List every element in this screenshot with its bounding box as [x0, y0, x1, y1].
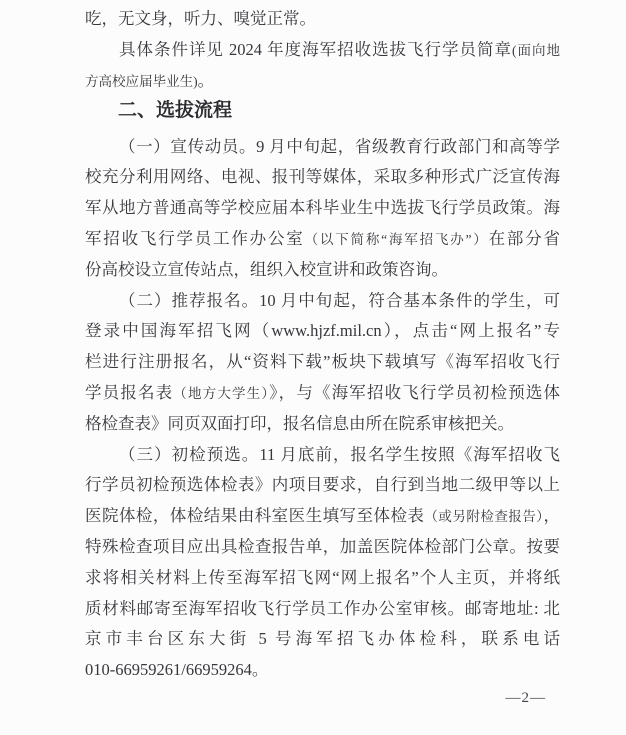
text-run: 吃，无文身，听力、嗅觉正常。	[85, 9, 316, 28]
text-run: 栏进行注册报名，从“资料下载”板块下载填写《海军招收飞行	[85, 352, 560, 371]
text-run: 》，与《海军招收飞行学员初检预选体	[269, 383, 560, 402]
text-run: 二、选拔流程	[118, 100, 232, 121]
text-line: 求将相关材料上传至海军招飞网“网上报名”个人主页，并将纸	[85, 563, 560, 594]
text-run: 质材料邮寄至海军招收飞行学员工作办公室审核。邮寄地址: 北	[85, 599, 560, 618]
section-heading: 二、选拔流程	[85, 96, 560, 127]
text-line: （二）推荐报名。10 月中旬起，符合基本条件的学生，可	[85, 286, 560, 317]
text-run: 010-66959261/66959264。	[85, 660, 268, 679]
text-run: 军从地方普通高等学校应届本科毕业生中选拔飞行学员政策。海	[85, 198, 560, 217]
text-line: 质材料邮寄至海军招收飞行学员工作办公室审核。邮寄地址: 北	[85, 594, 560, 625]
text-run-small: （地方大学生）	[173, 386, 269, 401]
document-body: 吃，无文身，听力、嗅觉正常。具体条件详见 2024 年度海军招收选拔飞行学员简章…	[85, 4, 560, 686]
text-run: 登录中国海军招飞网（www.hjzf.mil.cn），点击“网上报名”专	[85, 321, 560, 340]
text-run: 格检查表》同页双面打印，报名信息由所在院系审核把关。	[85, 414, 514, 433]
page-number: —2—	[506, 690, 547, 707]
text-line: 京市丰台区东大街 5 号海军招飞办体检科，联系电话	[85, 624, 560, 655]
text-run: 行学员初检预选体检表》内项目要求，自行到当地二级甲等以上	[85, 475, 560, 494]
text-line: 010-66959261/66959264。	[85, 655, 560, 686]
text-run: （三）初检预选。11 月底前，报名学生按照《海军招收飞	[119, 445, 560, 464]
text-run: 具体条件详见 2024 年度海军招收选拔飞行学员简章	[119, 40, 512, 59]
text-run-small: 方高校应届毕业生)	[85, 74, 198, 89]
text-run: 特殊检查项目应出具检查报告单，加盖医院体检部门公章。按要	[85, 537, 560, 556]
text-line: 军从地方普通高等学校应届本科毕业生中选拔飞行学员政策。海	[85, 193, 560, 224]
text-run: 。	[198, 71, 215, 90]
text-line: 学员报名表（地方大学生）》，与《海军招收飞行学员初检预选体	[85, 378, 560, 409]
text-line: 军招收飞行学员工作办公室（以下简称“海军招飞办”）在部分省	[85, 224, 560, 255]
text-run: 军招收飞行学员工作办公室	[85, 229, 305, 248]
document-page: 吃，无文身，听力、嗅觉正常。具体条件详见 2024 年度海军招收选拔飞行学员简章…	[0, 0, 626, 735]
text-line: 吃，无文身，听力、嗅觉正常。	[85, 4, 560, 35]
text-run-small: （以下简称“海军招飞办”）	[305, 232, 489, 247]
text-run: 份高校设立宣传站点，组织入校宣讲和政策咨询。	[85, 260, 448, 279]
text-run: ，	[544, 506, 561, 525]
text-line: 行学员初检预选体检表》内项目要求，自行到当地二级甲等以上	[85, 470, 560, 501]
text-run: 医院体检，体检结果由科室医生填写至体检表	[85, 506, 424, 525]
text-run: 学员报名表	[85, 383, 173, 402]
text-run: 求将相关材料上传至海军招飞网“网上报名”个人主页，并将纸	[85, 568, 560, 587]
text-line: 方高校应届毕业生)。	[85, 66, 560, 97]
text-run: （二）推荐报名。10 月中旬起，符合基本条件的学生，可	[119, 291, 560, 310]
text-line: （一）宣传动员。9 月中旬起，省级教育行政部门和高等学	[85, 132, 560, 163]
text-line: 医院体检，体检结果由科室医生填写至体检表（或另附检查报告），	[85, 501, 560, 532]
text-line: 登录中国海军招飞网（www.hjzf.mil.cn），点击“网上报名”专	[85, 316, 560, 347]
text-run: 京市丰台区东大街 5 号海军招飞办体检科，联系电话	[85, 629, 560, 648]
text-line: 份高校设立宣传站点，组织入校宣讲和政策咨询。	[85, 255, 560, 286]
text-run: 在部分省	[489, 229, 560, 248]
text-line: （三）初检预选。11 月底前，报名学生按照《海军招收飞	[85, 440, 560, 471]
text-run-small: (面向地	[512, 43, 560, 58]
text-line: 具体条件详见 2024 年度海军招收选拔飞行学员简章(面向地	[85, 35, 560, 66]
text-run: 校充分利用网络、电视、报刊等媒体，采取多种形式广泛宣传海	[85, 167, 560, 186]
text-line: 特殊检查项目应出具检查报告单，加盖医院体检部门公章。按要	[85, 532, 560, 563]
text-line: 栏进行注册报名，从“资料下载”板块下载填写《海军招收飞行	[85, 347, 560, 378]
text-run-small: （或另附检查报告）	[424, 509, 543, 524]
text-line: 格检查表》同页双面打印，报名信息由所在院系审核把关。	[85, 409, 560, 440]
text-run: （一）宣传动员。9 月中旬起，省级教育行政部门和高等学	[119, 137, 560, 156]
text-line: 校充分利用网络、电视、报刊等媒体，采取多种形式广泛宣传海	[85, 162, 560, 193]
